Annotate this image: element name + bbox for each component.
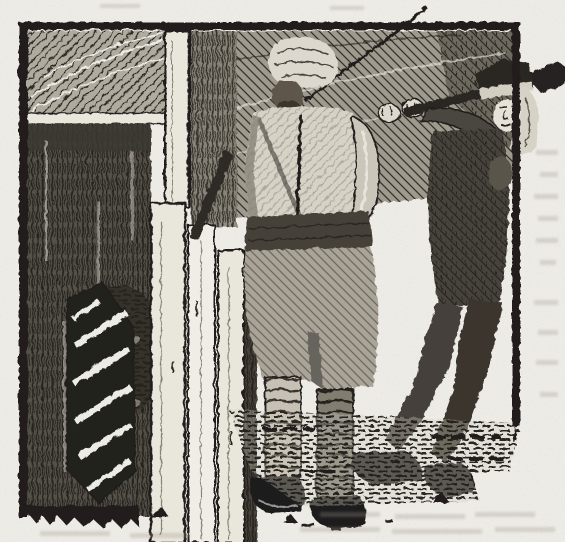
frame-border-left — [18, 21, 27, 517]
wall-light-slit — [44, 140, 47, 260]
fence-rail — [24, 112, 170, 123]
frame-border-top — [18, 21, 519, 29]
wall-light-slit — [130, 150, 133, 240]
striped-boat — [66, 282, 134, 502]
gate-posts — [150, 202, 256, 542]
sepoy-sash — [244, 210, 372, 252]
roof-hatching-left — [27, 30, 168, 122]
engraving-illustration — [0, 0, 565, 542]
engraving-body — [18, 6, 565, 542]
wall-light-slit — [62, 320, 65, 470]
frame-border-right — [511, 21, 519, 425]
tall-post — [164, 30, 189, 206]
soldier-elbow — [487, 155, 511, 189]
gripping-hand — [377, 103, 399, 121]
gate-post — [217, 250, 243, 542]
scanned-page — [0, 0, 565, 542]
gate-post — [150, 202, 184, 542]
